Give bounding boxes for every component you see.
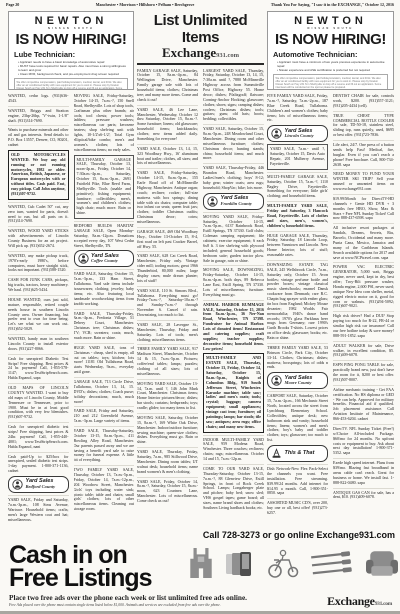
hiring-bullet: Nissan experience and ASE certification … <box>277 68 388 72</box>
dealer-subtitle: NISSAN SOUTH <box>273 27 388 30</box>
classified-ad: OLD MAPS OF LINCOLN COUNTY WANTED. I wan… <box>8 383 69 420</box>
classified-ad: YARD SALE, Saturday, October 15, 8a.m.-5… <box>203 124 264 161</box>
classified-ad: YARD SALE, Thursday-Friday, 446 Brandon … <box>203 163 264 190</box>
banner-icons <box>188 548 398 578</box>
classified-ad: MOVING SALE, Saturday, October 15, 8a.m.… <box>137 413 198 445</box>
masthead: Page 20 Manchester • Morrison • Hillsbor… <box>6 2 394 7</box>
classified-ad: OLD MOTORCYCLES WANTED. We buy any old r… <box>8 150 69 200</box>
rifles-icon <box>311 550 355 578</box>
yard-sales-badge: Yard SalesBedford County <box>8 476 69 493</box>
banner-headline-line2: Free Listings <box>9 567 152 590</box>
badge-county: Lincoln County <box>285 134 314 139</box>
free-listings-banner: Cash in on Free Listings Place two free … <box>0 546 400 611</box>
badge-text: Yard SalesFranklin County <box>221 196 252 206</box>
hiring-ad-automotive-technician: NEWTON NISSAN SOUTH IS NOW HIRING! Autom… <box>267 11 394 90</box>
classified-column-5: FIVE FAMILY YARD SALE, Friday, 7a.m.-?, … <box>267 94 328 527</box>
classified-ad: WANTED, handy man in southern Lincoln Co… <box>8 334 69 352</box>
brand-suffix: 931.com <box>216 52 239 59</box>
yard-sales-badge: Yard SalesFranklin County <box>203 193 264 210</box>
classified-ad: MOVING YARD SALE, Friday-Saturday, Octob… <box>203 212 264 264</box>
classified-column-1: WANTED, cedar logs. (931)636-4543.WANTED… <box>8 94 69 527</box>
classified-ad: MOVING SALE, DOWNSIZING, Friday-Saturday… <box>203 265 264 297</box>
classified-ad: INDOOR MULTI-FAMILY YARD SALE, 959 Moden… <box>203 435 264 462</box>
column-group-left: NEWTON NISSAN SOUTH IS NOW HIRING! Lube … <box>8 11 134 528</box>
classified-ad: HUGE YARD SALE, tons of Christmas - chea… <box>74 343 135 375</box>
classified-ad: HUGE GARAGE SALE, Thursday, Friday, Satu… <box>267 231 328 258</box>
classified-ad: WANTED, Briggs and Stratton engine, 23hp… <box>8 106 69 124</box>
classified-ad: LARGEST YARD SALE, Thursday, Friday, Sat… <box>203 69 264 123</box>
region-line: Manchester • Morrison • Hillsboro • Pelh… <box>19 2 271 7</box>
column-group-right: NEWTON NISSAN SOUTH IS NOW HIRING! Autom… <box>267 11 394 528</box>
badge-county: Franklin County <box>221 202 252 207</box>
classified-ad: TWO FAMILY YARD SALE, Thursday, October … <box>74 465 135 512</box>
classified-ad: FIVE FAMILY YARD SALE, Friday, 7a.m.-?, … <box>267 94 328 123</box>
classified-ad: YARD SALE, 7a.m.- until ?, Saturday, Oct… <box>267 144 328 170</box>
yard-sales-badge: Yard SalesCoffee County <box>74 250 135 267</box>
phones-icon <box>225 550 255 578</box>
logo-suffix: 931.com <box>375 601 392 607</box>
yard-sale-person-icon <box>271 128 282 139</box>
classified-ad: DOWNSIZING ESTATE TAG SALE, 245 Wellsbro… <box>267 260 328 341</box>
banner-subline: Place two free ads over the phone each w… <box>9 593 247 602</box>
classified-ad: CARPORT SALE, Saturday, October 15, 7a.m… <box>267 391 328 443</box>
classified-ad: WANTED, cedar logs. (931)636-4543. <box>8 94 69 104</box>
classified-ad: ASSORTED MUSIC CD'S, over 200, buy one o… <box>267 498 328 516</box>
classified-ad: YARD SALE, Thursday, Friday, Saturday, 7… <box>137 447 198 474</box>
classified-ad: YARD SALE, October 13, 14, 15, 323 Woodb… <box>137 144 198 167</box>
classified-ad: CASH FOR JUNK CARS, pickups, big trucks,… <box>8 275 69 293</box>
promo-headline: List Unlimited Items <box>137 12 264 46</box>
traffic-cone-icon <box>271 448 282 459</box>
dealer-name: NEWTON <box>14 15 128 27</box>
classified-ad: WANTED, any make pickup truck, 1970's-ea… <box>8 251 69 274</box>
hiring-bullet-list: Applicant must have a minimum of two yea… <box>277 60 388 72</box>
classified-ad: THREE FAMILY YARD SALE, 53 Brinson Circl… <box>267 343 328 370</box>
armchair-icon <box>366 550 398 578</box>
classified-ad: YARD SALE, 628 Cat Creek Road, Mancheste… <box>137 251 198 283</box>
classified-ad: DirecTV. NFL Sunday Ticket (Free!) w/Cho… <box>333 424 394 456</box>
classified-ad: ANIMAL HARBOR RUMMAGE SALE, Saturday, Oc… <box>203 300 264 352</box>
classified-ad: WANTED, WOOD YARD STICKS with advertisem… <box>8 226 69 249</box>
classified-columns-right: FIVE FAMILY YARD SALE, Friday, 7a.m.-?, … <box>267 94 394 527</box>
classified-ad: YARD SALE, Friday and Saturday, 210 and … <box>74 406 135 424</box>
classified-ad: $19.99/Month for DirectTV-HD channels + … <box>333 194 394 221</box>
classified-ad: Cash for unexpired Diabetic Test Strips!… <box>8 354 69 381</box>
this-and-that-badge: This & That <box>267 445 328 462</box>
yard-sale-person-icon <box>78 253 89 264</box>
dealer-name: NEWTON <box>273 15 388 27</box>
yard-sales-badge: Yard SalesMoore County <box>267 372 328 389</box>
brand-word: Exchange <box>162 45 216 60</box>
badge-text: Yard SalesCoffee County <box>91 254 119 264</box>
column-group-center: List Unlimited Items Exchange931.com FAM… <box>137 11 264 528</box>
classified-ad: Life alert, 24/7. One press of a button … <box>333 140 394 167</box>
classified-ad: MULTI-FAMILY GARAGE SALE, Saturday, Octo… <box>267 172 328 199</box>
classified-ad: HOUSE WANTED, ours just sold, mature, re… <box>8 295 69 332</box>
classified-ad: WANTED, Cub Cadet 50" cut, any zero turn… <box>8 202 69 225</box>
classified-ad: YARD SALE, Friday and Saturday, 7a.m.-3p… <box>8 495 69 522</box>
classified-columns-center: FAMILY GARAGE SALE, Saturday, October 15… <box>137 69 264 543</box>
hiring-bullet: MUST have tools required for basic repai… <box>18 64 128 72</box>
classified-ad: YARD SALE, Friday-Saturday, October 14-1… <box>137 168 198 225</box>
badge-title: This & That <box>285 451 315 457</box>
logo-word: Exchange <box>327 594 375 608</box>
badge-text: Yard SalesMoore County <box>285 376 313 386</box>
badge-county: Coffee County <box>91 259 119 264</box>
classified-ad: MULTI-FAMILY GARAGE SALE, Thursday, Octo… <box>74 155 135 220</box>
classified-ad: YARD SALE, 110 St. Simons Blvd., Tullaho… <box>137 286 198 318</box>
hiring-fine-print: We offer competitive compensation, paid … <box>273 74 388 90</box>
hiring-headline: IS NOW HIRING! <box>273 31 388 48</box>
classified-column-2: MOVING SALE, Friday-Saturday, October 14… <box>74 94 135 527</box>
classified-ad: BEDFORD BUILDS HABITAT GARAGE SALE, Open… <box>74 221 135 248</box>
yard-sale-person-icon <box>12 479 23 490</box>
classified-ad: DENTIST CHAIR for sale, controls work, $… <box>333 94 394 109</box>
classified-ad: All inclusive resort packages at Sandals… <box>333 223 394 260</box>
classified-ad: Cash paid-Up to $25/box for unexpired, s… <box>8 452 69 475</box>
classified-column-6: DENTIST CHAIR for sale, controls work, $… <box>333 94 394 527</box>
hiring-bullet-list: Applicant needs to have a basic knowledg… <box>18 60 128 76</box>
classified-ad: YARD SALE, Friday, October 14, 8a.m.-?, … <box>137 477 198 504</box>
classified-ad: FAMILY GARAGE SALE, Saturday, October 15… <box>137 69 198 103</box>
classified-ad: YARD SALE, Thursday-Friday, 8a.m.-4p.m.,… <box>74 309 135 341</box>
classified-ad: MOVING SALE, Friday-Saturday, October 14… <box>74 94 135 153</box>
call-to-action-line: Call 728-3273 or go online Exchange931.c… <box>203 530 395 540</box>
badge-text: Yard SalesLincoln County <box>285 129 314 139</box>
classified-ad: ADULT WALKER for sale, Drive walker, in … <box>333 341 394 359</box>
classified-column-4: LARGEST YARD SALE, Thursday, Friday, Sat… <box>203 69 264 543</box>
classified-ad: YARD SALE, 28 Lavergne St., Manchester, … <box>137 320 198 343</box>
classified-ad: YARD SALE, 46 Lee Lane, Manchester, Wedn… <box>137 105 198 142</box>
promo-brand: Exchange931.com <box>137 46 264 60</box>
promo-banner: List Unlimited Items Exchange931.com <box>137 11 264 65</box>
classified-ad: High risk driver? Had a DUI? Stop paying… <box>333 311 394 338</box>
newspaper-page: Page 20 Manchester • Morrison • Hillsbor… <box>0 0 400 614</box>
hiring-ad-lube-technician: NEWTON NISSAN SOUTH IS NOW HIRING! Lube … <box>8 11 134 90</box>
yard-sales-badge: Yard SalesLincoln County <box>267 125 328 142</box>
classified-ad: MOVING YARD SALE, October 13-14, 7a.m. u… <box>137 379 198 411</box>
page-number: Page 20 <box>6 2 19 7</box>
classified-columns-left: WANTED, cedar logs. (931)636-4543.WANTED… <box>8 94 134 527</box>
classified-ad: YARD SALE, Saturday, October 15, 7a.m.-3… <box>74 269 135 306</box>
classified-ad: Airline mechanic training - Get FAA cert… <box>333 385 394 422</box>
banner-fine-print: Free Ads placed over the phone must cont… <box>9 603 221 607</box>
dealer-subtitle: NISSAN SOUTH <box>14 27 128 30</box>
classified-ad: Dish Network-New Flex Pack-Select the ch… <box>267 464 328 496</box>
classified-ad: NEED MONEY TO FUND YOUR WINTER SKI TRIP?… <box>333 169 394 192</box>
badge-county: Moore County <box>285 381 313 386</box>
tricycle-icon <box>266 548 300 578</box>
exchange-logo: Exchange931.com <box>327 594 392 609</box>
classified-ad: COME TO OUR YARD SALE, Thursday-Saturday… <box>203 464 264 511</box>
yard-sale-person-icon <box>207 196 218 207</box>
classified-ad: GARAGE SALE, 469 Old Woodbury Hwy., Octo… <box>137 227 198 250</box>
yard-sale-person-icon <box>271 375 282 386</box>
overalls-icon <box>188 548 214 578</box>
hiring-fine-print: We offer competitive compensation, paid … <box>14 78 128 90</box>
hiring-bullet: Clean MVR, background check, and pre-emp… <box>18 72 128 76</box>
classified-ad: Cash for unexpired diabetic test strips!… <box>8 422 69 449</box>
classified-ad: Wants to purchase minerals and other oil… <box>8 125 69 148</box>
classified-ad: THREE FAMILY YARD SALE, 917 Madison Stre… <box>137 344 198 376</box>
masthead-slogan: Thank You For Saying, "I saw it in the E… <box>271 2 394 7</box>
classified-column-3: FAMILY GARAGE SALE, Saturday, October 15… <box>137 69 198 543</box>
classified-ad: MULTI-FAMILY AND ESTATE SALE, Thursday, … <box>203 353 264 432</box>
classified-ad: GARAGE SALE, 713 Circle Drive, Tullahoma… <box>74 377 135 404</box>
classified-ad: POWER VAC ELECTRIC GENERATOR, 5,000 watt… <box>333 262 394 309</box>
classified-ad: ESPN PING PONG TABLE for sale, practical… <box>333 360 394 383</box>
classified-ad: YARD SALE, Thursday-Saturday, October 13… <box>74 426 135 463</box>
classified-ad: TRUE CHEST TYPE COMMERCIAL BOTTLE COOLER… <box>333 111 394 138</box>
hiring-bullet: Applicant must have a minimum of two yea… <box>277 60 388 68</box>
badge-text: Yard SalesBedford County <box>26 479 56 489</box>
classified-ad: Exede high speed internet. Plans from $3… <box>333 458 394 485</box>
hiring-headline: IS NOW HIRING! <box>14 31 128 48</box>
hiring-role: Lube Technician: <box>14 50 128 59</box>
hiring-role: Automotive Technician: <box>273 50 388 59</box>
banner-headline: Cash in on Free Listings <box>9 544 152 591</box>
badge-text: This & That <box>285 451 315 457</box>
classified-ad: MULTI-FAMILY YARD SALE, Friday and Satur… <box>267 201 328 228</box>
classified-ad: ANTIQUE GAS CAN for sale, has a dent, $1… <box>333 488 394 501</box>
badge-county: Bedford County <box>26 485 56 490</box>
